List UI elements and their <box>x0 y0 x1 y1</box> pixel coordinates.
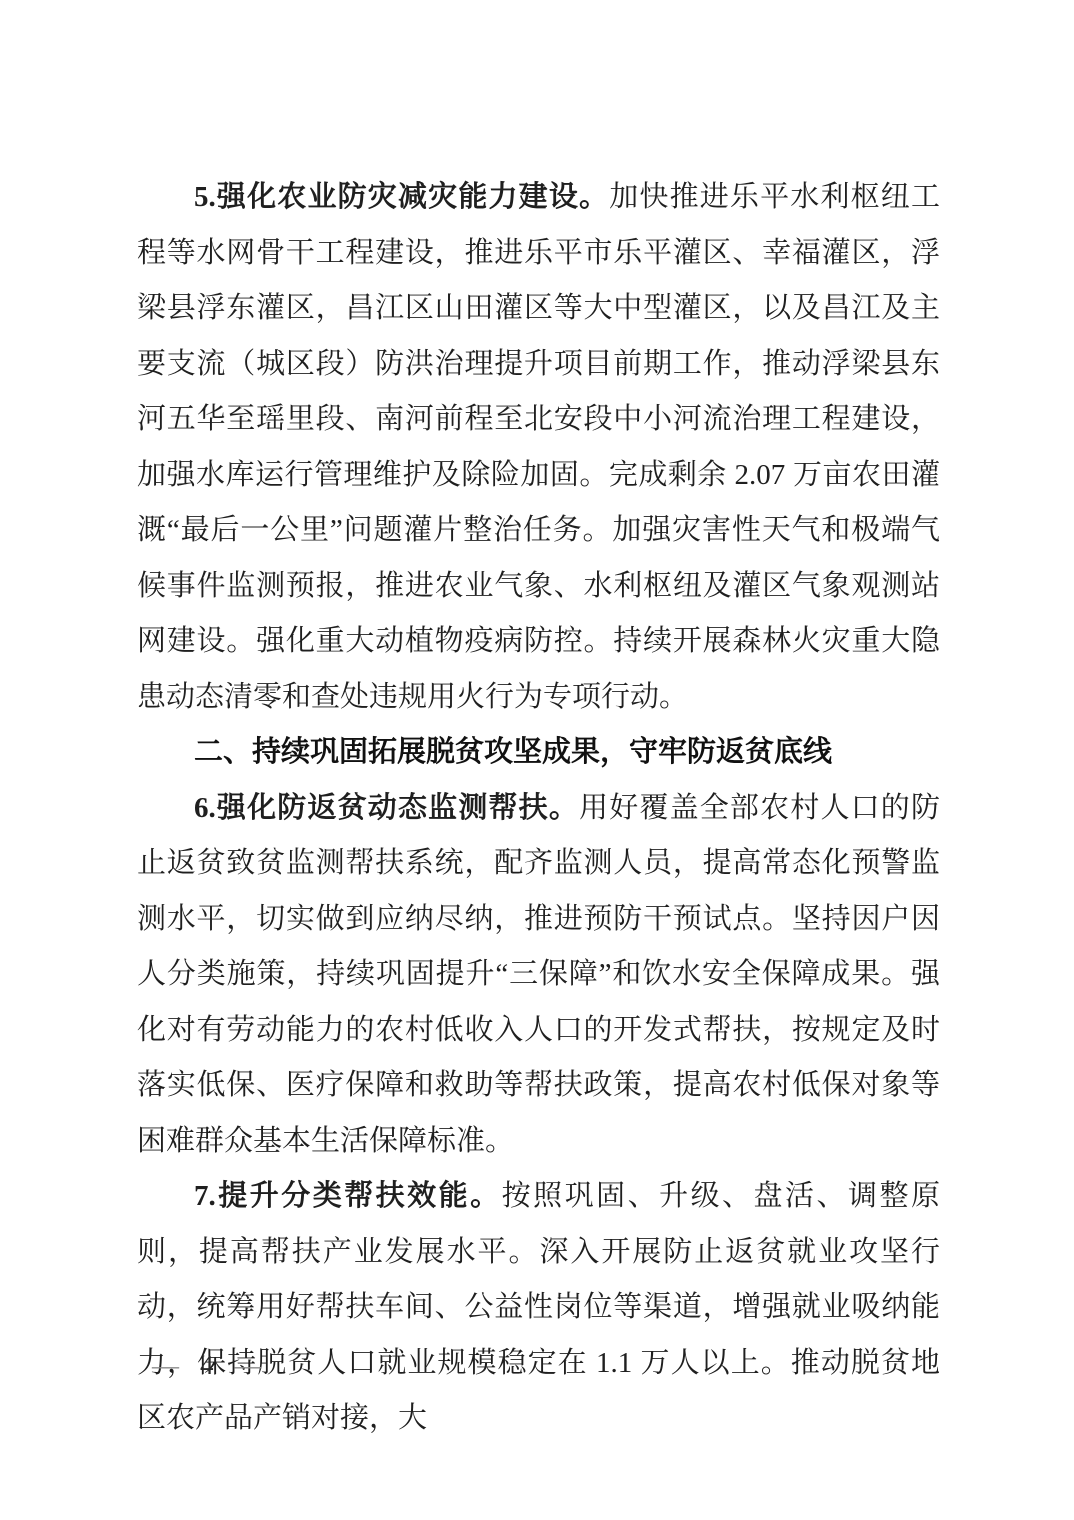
footer-left-dash: — <box>152 1350 180 1380</box>
item-body-text: 按照巩固、升级、盘活、调整原则，提高帮扶产业发展水平。深入开展防止返贫就业攻坚行… <box>137 1180 940 1434</box>
footer-right-dash: — <box>235 1350 263 1380</box>
page-number: 4 <box>200 1350 215 1380</box>
page-number-footer: —4— <box>152 1350 263 1381</box>
paragraph-item-7: 7.提升分类帮扶效能。按照巩固、升级、盘活、调整原则，提高帮扶产业发展水平。深入… <box>137 1169 940 1447</box>
document-page: { "page": { "background": "#ffffff", "te… <box>0 0 1074 1520</box>
item-lead-title: 5.强化农业防灾减灾能力建设。 <box>194 181 609 213</box>
section-heading-text: 二、持续巩固拓展脱贫攻坚成果，守牢防返贫底线 <box>194 736 832 768</box>
document-text-block: 5.强化农业防灾减灾能力建设。加快推进乐平水利枢纽工程等水网骨干工程建设，推进乐… <box>137 170 940 1447</box>
paragraph-item-5: 5.强化农业防灾减灾能力建设。加快推进乐平水利枢纽工程等水网骨干工程建设，推进乐… <box>137 170 940 725</box>
item-lead-title: 6.强化防返贫动态监测帮扶。 <box>194 792 579 824</box>
item-body-text: 用好覆盖全部农村人口的防止返贫致贫监测帮扶系统，配齐监测人员，提高常态化预警监测… <box>137 792 940 1157</box>
paragraph-item-6: 6.强化防返贫动态监测帮扶。用好覆盖全部农村人口的防止返贫致贫监测帮扶系统，配齐… <box>137 781 940 1170</box>
item-body-text: 加快推进乐平水利枢纽工程等水网骨干工程建设，推进乐平市乐平灌区、幸福灌区，浮梁县… <box>137 181 940 713</box>
item-lead-title: 7.提升分类帮扶效能。 <box>194 1180 502 1212</box>
paragraph-section-2-heading: 二、持续巩固拓展脱贫攻坚成果，守牢防返贫底线 <box>137 725 940 781</box>
